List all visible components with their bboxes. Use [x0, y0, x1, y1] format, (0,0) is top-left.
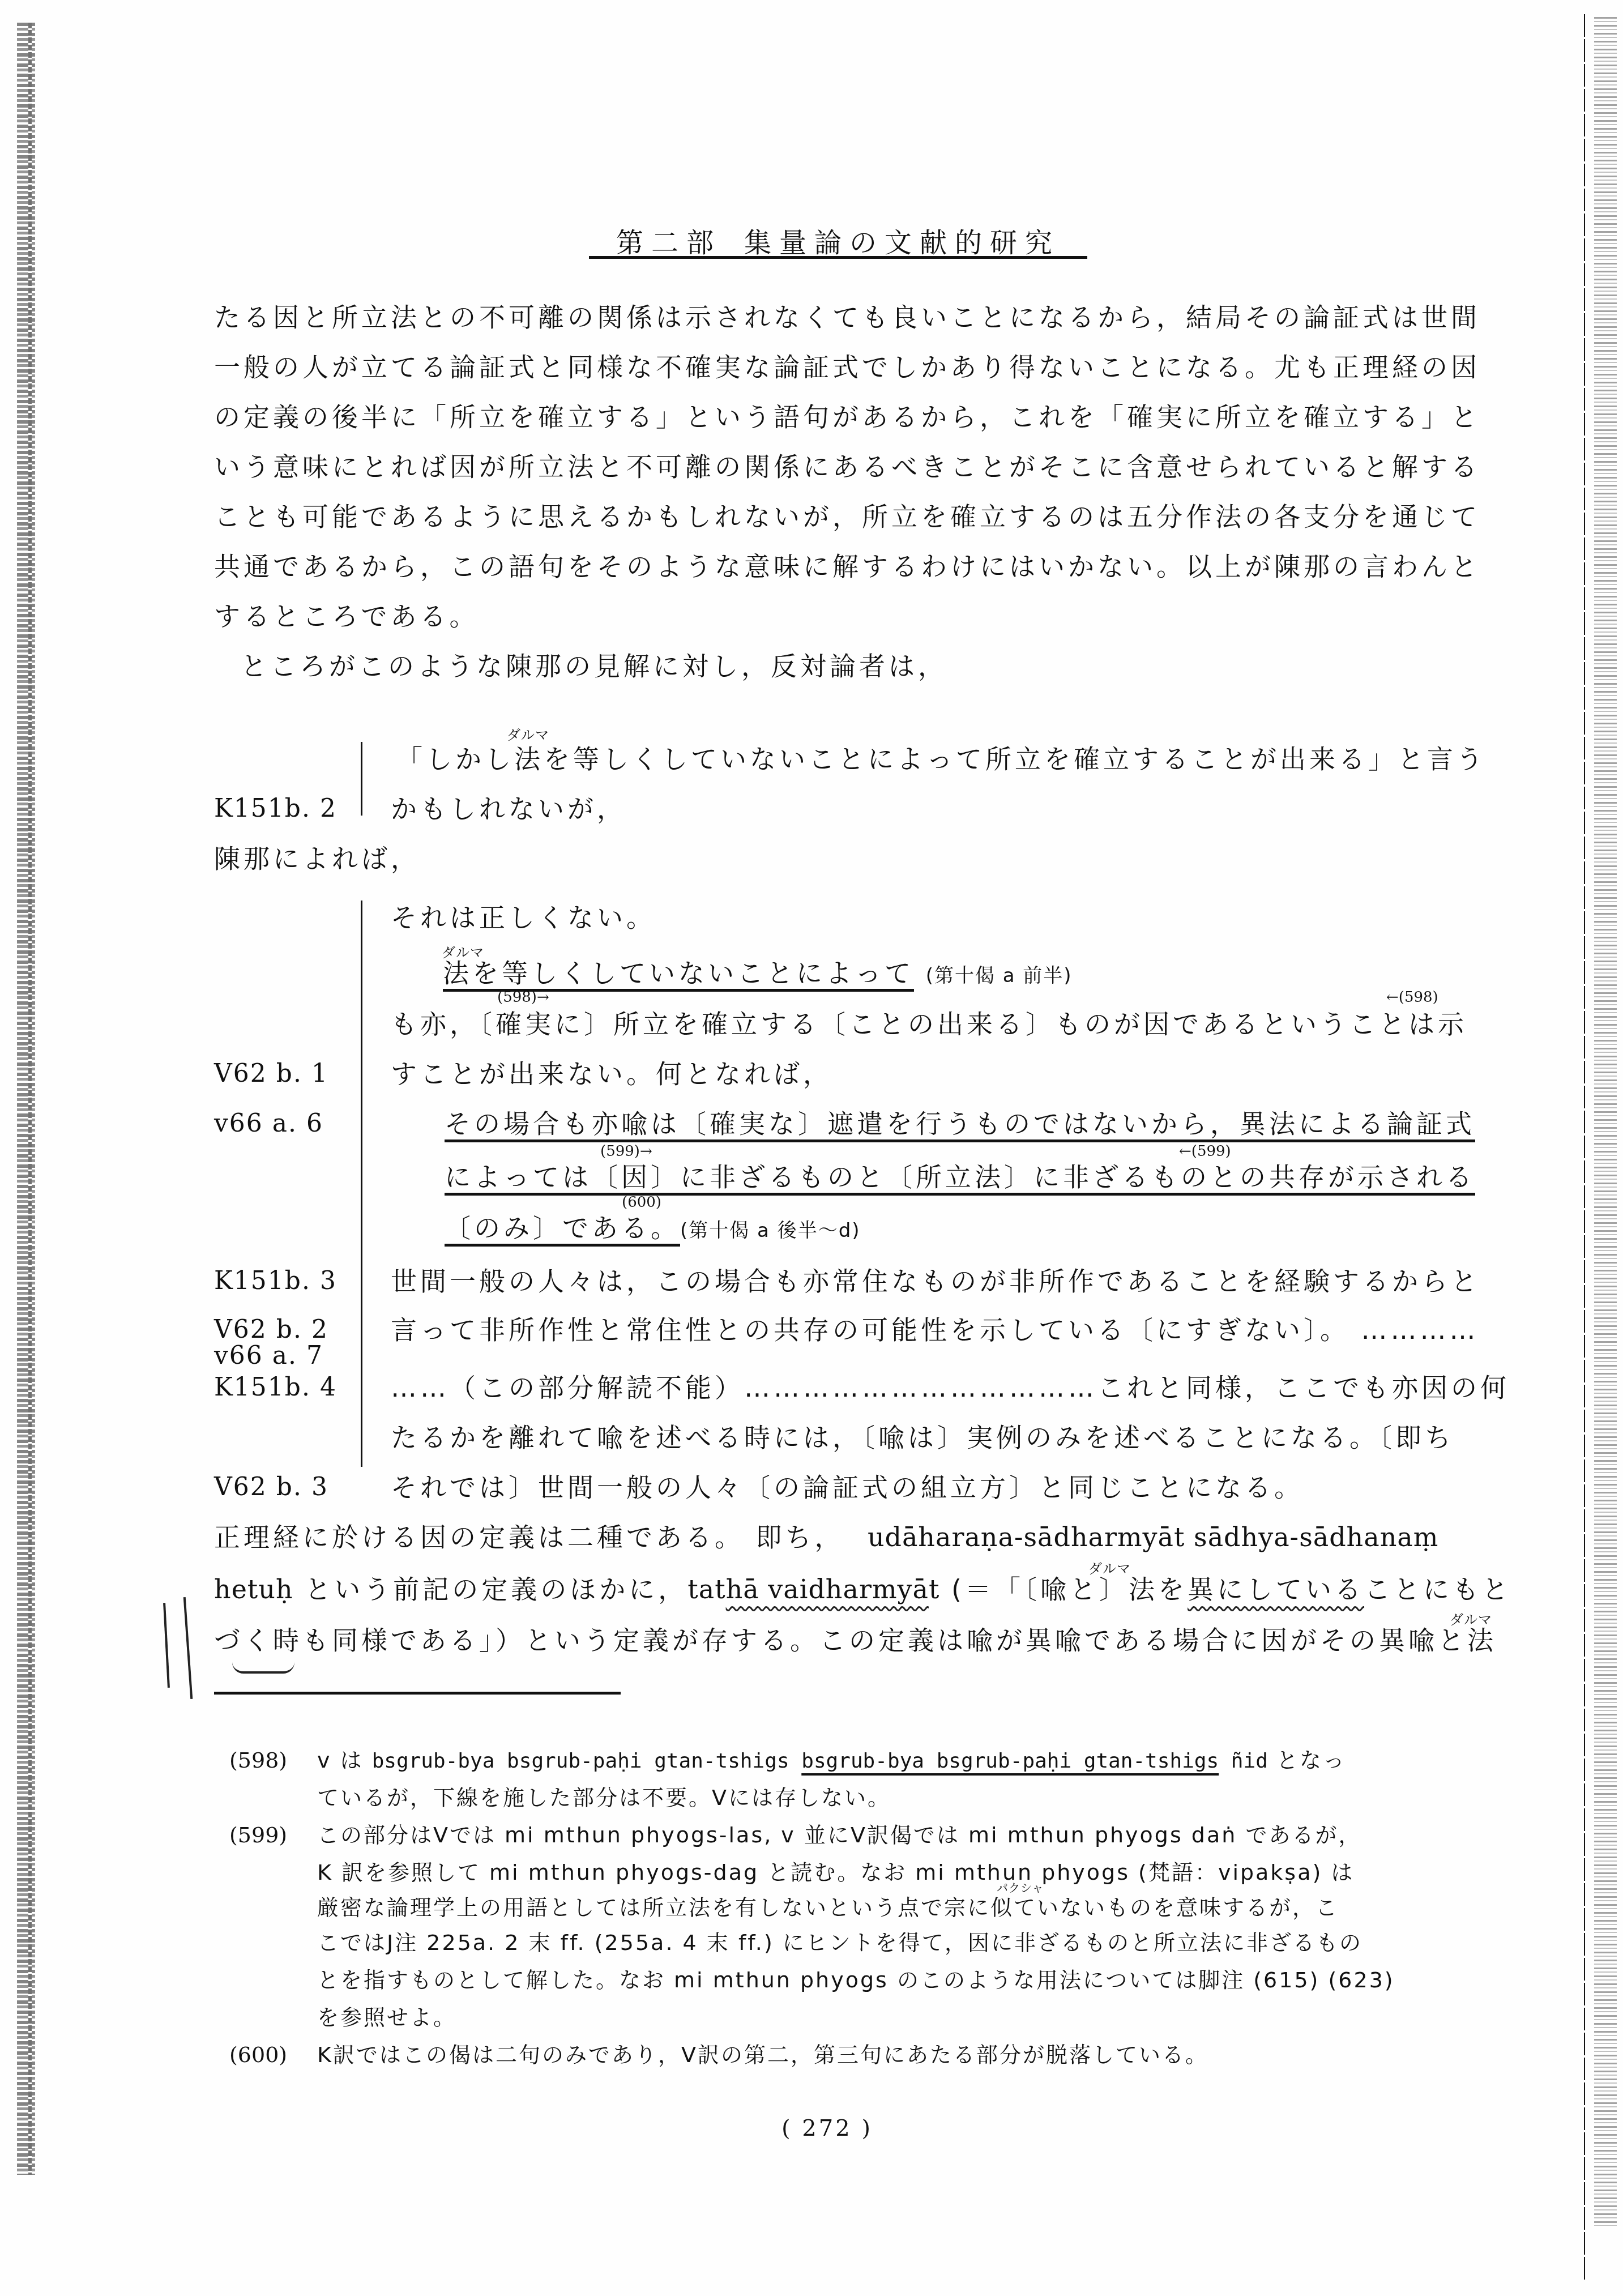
footnote-line: 厳密な論理学上の用語としては所立法を有しないという点で宗に似ていないものを意味す…: [317, 1892, 1339, 1923]
reply-line: も亦，〔確実に〕所立を確立する〔ことの出来る〕ものが因であるということは示: [391, 1007, 1467, 1041]
footnote-line: を参照せよ。: [317, 2001, 456, 2033]
footnote-number: (599): [229, 1819, 287, 1851]
body-line: たる因と所立法との不可離の関係は示されなくても良いことになるから，結局その論証式…: [214, 300, 1484, 334]
margin-ref: V62 b. 3: [214, 1470, 328, 1504]
header-title: 集量論の文献的研究: [744, 227, 1060, 259]
body-line: づく時も同様である」）という定義が存する。この定義は喩が異喩である場合に因がその…: [214, 1623, 1497, 1657]
handwritten-margin-mark: [163, 1603, 170, 1688]
reply-line: 言って非所作性と常住性との共存の可能性を示している〔にすぎない〕。 …………: [391, 1313, 1479, 1347]
margin-ref: v66 a. 6: [214, 1107, 323, 1141]
body-line: 陳那によれば，: [214, 842, 1484, 876]
footnote-line: とを指すものとして解した。なお mi mthun phyogs のこのような用法…: [317, 1964, 1395, 1996]
footnote-marker-598-close: ←(598): [1386, 989, 1438, 1006]
footnote-line: ているが，下線を施した部分は不要。Vには存しない。: [317, 1782, 891, 1813]
verse-reference: (第十偈 a 後半〜d): [680, 1219, 861, 1242]
running-header: 第二部集量論の文献的研究: [589, 221, 1087, 260]
footnote-marker-598-open: (598)→: [497, 989, 549, 1006]
scan-edge-right-noise: [1594, 17, 1617, 2226]
reply-line: すことが出来ない。何となれば，: [391, 1057, 832, 1091]
reply-line: ……（この部分解読不能）………………………………これと同様，ここでも亦因の何: [391, 1371, 1510, 1405]
margin-ref: K151b. 4: [214, 1371, 337, 1405]
footnote-number: (600): [229, 2039, 287, 2071]
footnote-marker-599-open: (599)→: [600, 1143, 652, 1160]
sanskrit-text-annotated: hā vaidharmyā: [726, 1574, 929, 1604]
reply-line: それでは〕世間一般の人々〔の論証式の組立方〕と同じことになる。: [391, 1470, 1304, 1504]
footnote-line: この部分はVでは mi mthun phyogs-las, v 並にV訳偈では …: [317, 1819, 1361, 1851]
footnote-line: v は bsgrub-bya bsgrub-paḥi gtan-tshigs b…: [317, 1744, 1346, 1777]
verse-reference: (第十偈 a 前半): [926, 965, 1073, 987]
scanned-page: 第二部集量論の文献的研究 たる因と所立法との不可離の関係は示されなくても良いこと…: [0, 0, 1623, 2296]
footnote-rule: [214, 1692, 621, 1695]
margin-ref: K151b. 2: [214, 792, 337, 826]
reply-line: たるかを離れて喩を述べる時には，〔喩は〕実例のみを述べることになる。〔即ち: [391, 1420, 1454, 1454]
body-line: 共通であるから，この語句をそのような意味に解するわけにはいかない。以上が陳那の言…: [214, 549, 1484, 583]
handwritten-margin-mark: [183, 1597, 193, 1699]
scan-edge-left: [17, 23, 35, 2175]
handwritten-wavy-mark: [232, 1662, 294, 1674]
margin-ref: V62 b. 1: [214, 1057, 328, 1091]
body-line: ところがこのような陳那の見解に対し，反対論者は，: [241, 649, 947, 683]
body-line: いう意味にとれば因が所立法と不可離の関係にあるべきことがそこに含意せられていると…: [214, 450, 1484, 484]
margin-ref: K151b. 3: [214, 1264, 337, 1298]
objection-line: 「しかし法を等しくしていないことによって所立を確立することが出来る」と言う: [396, 742, 1486, 776]
reply-line: それは正しくない。: [391, 901, 656, 934]
body-line: の定義の後半に「所立を確立する」という語句があるから，これを「確実に所立を確立す…: [214, 400, 1484, 434]
sanskrit-text: hetuḥ: [214, 1574, 293, 1604]
page-number: ( 272 ): [781, 2115, 873, 2141]
reply-line: 世間一般の人々は，この場合も亦常住なものが非所作であることを経験するからと: [391, 1264, 1480, 1298]
ruby-annotation: ダルマ: [507, 724, 549, 744]
body-line: するところである。: [214, 599, 1484, 633]
verse-line: 〔のみ〕である。(第十偈 a 後半〜d): [445, 1211, 861, 1248]
body-line: ことも可能であるように思えるかもしれないが，所立を確立するのは五分作法の各支分を…: [214, 500, 1484, 534]
header-rule: [589, 256, 1087, 259]
body-line: hetuḥ という前記の定義のほかに，tathā vaidharmyāt (＝「…: [214, 1572, 1511, 1606]
verse-line: その場合も亦喩は〔確実な〕遮遣を行うものではないから，異法による論証式: [445, 1107, 1475, 1141]
objection-line: かもしれないが，: [391, 792, 626, 826]
footnote-marker-600: (600): [622, 1194, 661, 1211]
translation-margin-bar: [361, 742, 362, 816]
footnote-marker-599-close: ←(599): [1179, 1143, 1231, 1160]
header-part: 第二部: [616, 227, 721, 259]
footnote-line: K 訳を参照して mi mthun phyogs-dag と読む。なお mi m…: [317, 1857, 1354, 1888]
verse-line: 法を等しくしていないことによって (第十偈 a 前半): [443, 956, 1073, 993]
margin-ref: v66 a. 7: [214, 1343, 323, 1368]
footnote-line: K訳ではこの偈は二句のみであり，V訳の第二，第三句にあたる部分が脱落している。: [317, 2039, 1208, 2071]
verse-line: によっては〔因〕に非ざるものと〔所立法〕に非ざるものとの共存が示される: [445, 1160, 1475, 1194]
body-line: 一般の人が立てる論証式と同様な不確実な論証式でしかあり得ないことになる。尤も正理…: [214, 350, 1484, 384]
footnote-line: こではJ注 225a. 2 末 ff. (255a. 4 末 ff.) にヒント…: [317, 1927, 1363, 1958]
scan-edge-right-line: [1584, 14, 1585, 2280]
body-line: 正理経に於ける因の定義は二種である。 即ち， udāharaṇa-sādharm…: [214, 1520, 1438, 1554]
translation-margin-bar: [361, 901, 362, 1467]
footnote-number: (598): [229, 1744, 287, 1776]
sanskrit-text: udāharaṇa-sādharmyāt sādhya-sādhanaṃ: [868, 1522, 1438, 1552]
